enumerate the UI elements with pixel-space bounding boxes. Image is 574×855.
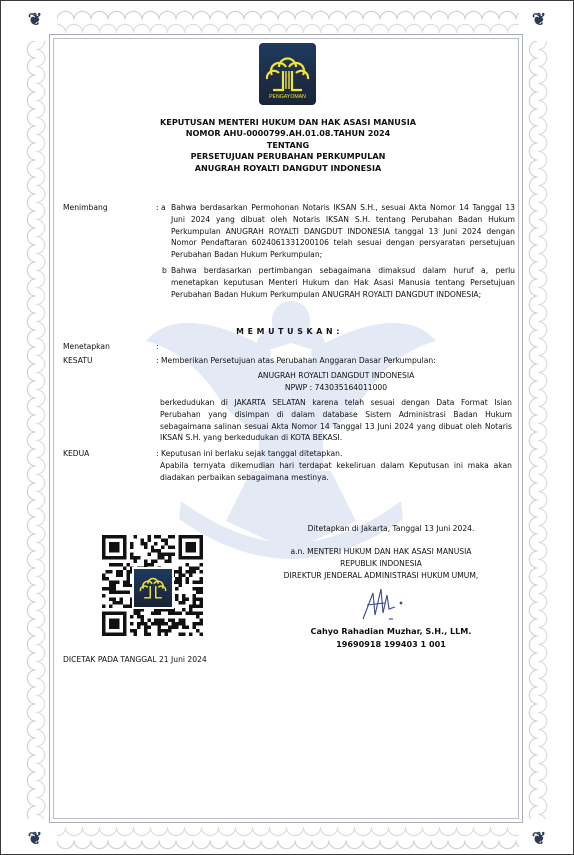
item-marker-b: b xyxy=(162,265,167,277)
certificate-page: ❦ ❦ ❦ ❦ PENGAYOMAN xyxy=(0,0,574,855)
signatory-position: DIREKTUR JENDERAL ADMINISTRASI HUKUM UMU… xyxy=(251,570,511,582)
border-pattern-left xyxy=(25,41,47,819)
menetapkan-colon: : xyxy=(156,341,159,353)
kedua-label: KEDUA xyxy=(63,448,89,460)
pengayoman-logo: PENGAYOMAN xyxy=(259,43,316,105)
corner-ornament-icon: ❦ xyxy=(530,830,548,848)
kesatu-label: KESATU xyxy=(63,355,93,367)
menimbang-item-a: Bahwa berdasarkan Permohonan Notaris IKS… xyxy=(171,202,515,261)
corner-ornament-icon: ❦ xyxy=(530,11,548,29)
border-pattern-bottom xyxy=(57,827,519,853)
pengayoman-tree-icon xyxy=(134,569,172,607)
decree-number: NOMOR AHU-0000799.AH.01.08.TAHUN 2024 xyxy=(61,128,515,139)
title-line: ANUGRAH ROYALTI DANGDUT INDONESIA xyxy=(61,163,515,174)
kesatu-intro: : Memberikan Persetujuan atas Perubahan … xyxy=(156,355,436,367)
kedua-line-1: : Keputusan ini berlaku sejak tanggal di… xyxy=(156,448,342,460)
kesatu-body: berkedudukan di JAKARTA SELATAN karena t… xyxy=(160,397,512,444)
corner-ornament-icon: ❦ xyxy=(26,11,44,29)
place-date: Ditetapkan di Jakarta, Tanggal 13 Juni 2… xyxy=(271,523,511,535)
signature-icon xyxy=(361,585,411,621)
logo-label: PENGAYOMAN xyxy=(259,94,316,100)
title-line: KEPUTUSAN MENTERI HUKUM DAN HAK ASASI MA… xyxy=(61,117,515,128)
on-behalf-line-1: a.n. MENTERI HUKUM DAN HAK ASASI MANUSIA xyxy=(251,546,511,558)
qr-center-logo xyxy=(132,567,174,609)
npwp-number: NPWP : 743035164011000 xyxy=(181,382,491,394)
decree-title: KEPUTUSAN MENTERI HUKUM DAN HAK ASASI MA… xyxy=(61,117,515,174)
signatory-nip: 19690918 199403 1 001 xyxy=(271,639,511,649)
menimbang-label: Menimbang xyxy=(63,202,108,214)
printed-date: DICETAK PADA TANGGAL 21 Juni 2024 xyxy=(63,654,207,666)
organization-name: ANUGRAH ROYALTI DANGDUT INDONESIA xyxy=(181,370,491,382)
corner-ornament-icon: ❦ xyxy=(26,830,44,848)
menimbang-item-b: Bahwa berdasarkan pertimbangan sebagaima… xyxy=(171,265,515,300)
memutuskan-heading: M E M U T U S K A N : xyxy=(61,327,515,336)
on-behalf-line-2: REPUBLIK INDONESIA xyxy=(251,558,511,570)
kedua-line-2: Apabila ternyata dikemudian hari terdapa… xyxy=(160,460,512,484)
item-marker-a: : a xyxy=(156,202,166,214)
border-pattern-right xyxy=(527,41,549,819)
title-line: PERSETUJUAN PERUBAHAN PERKUMPULAN xyxy=(61,151,515,162)
title-line: TENTANG xyxy=(61,140,515,151)
signatory-name: Cahyo Rahadian Muzhar, S.H., LLM. xyxy=(271,626,511,636)
border-pattern-top xyxy=(57,7,519,33)
menetapkan-label: Menetapkan xyxy=(63,341,110,353)
